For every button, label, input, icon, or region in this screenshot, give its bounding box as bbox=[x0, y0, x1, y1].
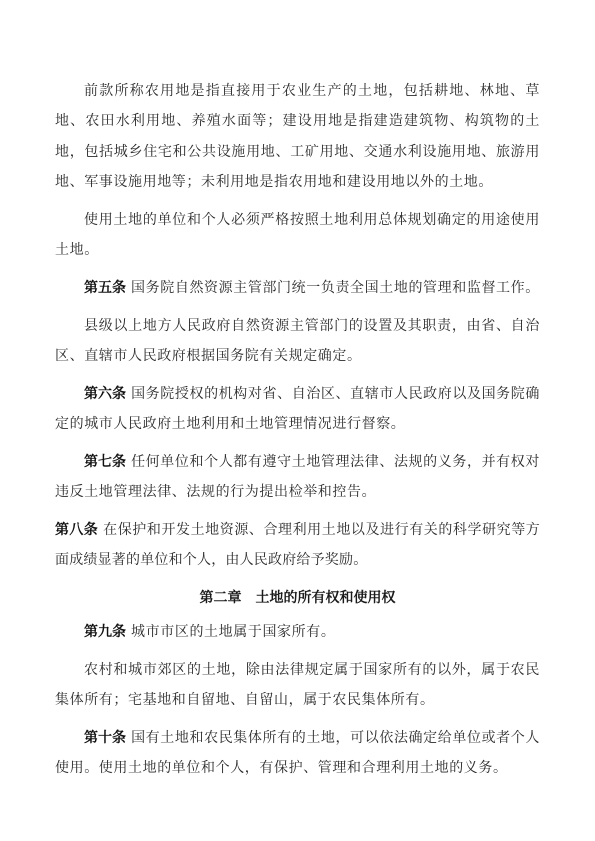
paragraph-text: 农村和城市郊区的土地，除由法律规定属于国家所有的以外，属于农民集体所有；宅基地和… bbox=[55, 662, 540, 708]
article-number: 第七条 bbox=[84, 454, 126, 470]
paragraph-text: 使用土地的单位和个人必须严格按照土地利用总体规划确定的用途使用土地。 bbox=[55, 212, 540, 258]
article-number: 第十条 bbox=[84, 730, 126, 746]
article-number: 第六条 bbox=[84, 386, 126, 402]
document-page: 前款所称农用地是指直接用于农业生产的土地，包括耕地、林地、草地、农田水利用地、养… bbox=[55, 76, 540, 791]
article-7: 第七条 任何单位和个人都有遵守土地管理法律、法规的义务，并有权对违反土地管理法律… bbox=[55, 447, 540, 508]
article-number: 第八条 bbox=[55, 522, 98, 538]
paragraph: 农村和城市郊区的土地，除由法律规定属于国家所有的以外，属于农民集体所有；宅基地和… bbox=[55, 655, 540, 716]
paragraph-text: 前款所称农用地是指直接用于农业生产的土地，包括耕地、林地、草地、农田水利用地、养… bbox=[55, 83, 540, 190]
paragraph: 使用土地的单位和个人必须严格按照土地利用总体规划确定的用途使用土地。 bbox=[55, 205, 540, 266]
paragraph-text: 国有土地和农民集体所有的土地，可以依法确定给单位或者个人使用。使用土地的单位和个… bbox=[55, 730, 540, 776]
chapter-title: 第二章 土地的所有权和使用权 bbox=[55, 583, 540, 613]
article-5: 第五条 国务院自然资源主管部门统一负责全国土地的管理和监督工作。 bbox=[55, 273, 540, 303]
paragraph-text: 县级以上地方人民政府自然资源主管部门的设置及其职责，由省、自治区、直辖市人民政府… bbox=[55, 318, 540, 364]
paragraph-text: 国务院授权的机构对省、自治区、直辖市人民政府以及国务院确定的城市人民政府土地利用… bbox=[55, 386, 540, 432]
article-10: 第十条 国有土地和农民集体所有的土地，可以依法确定给单位或者个人使用。使用土地的… bbox=[55, 723, 540, 784]
article-number: 第五条 bbox=[84, 280, 126, 296]
paragraph-text: 城市市区的土地属于国家所有。 bbox=[126, 624, 335, 640]
paragraph: 县级以上地方人民政府自然资源主管部门的设置及其职责，由省、自治区、直辖市人民政府… bbox=[55, 311, 540, 372]
article-6: 第六条 国务院授权的机构对省、自治区、直辖市人民政府以及国务院确定的城市人民政府… bbox=[55, 379, 540, 440]
paragraph-text: 任何单位和个人都有遵守土地管理法律、法规的义务，并有权对违反土地管理法律、法规的… bbox=[55, 454, 540, 500]
paragraph: 前款所称农用地是指直接用于农业生产的土地，包括耕地、林地、草地、农田水利用地、养… bbox=[55, 76, 540, 197]
article-9: 第九条 城市市区的土地属于国家所有。 bbox=[55, 617, 540, 647]
article-number: 第九条 bbox=[84, 624, 126, 640]
paragraph-text: 国务院自然资源主管部门统一负责全国土地的管理和监督工作。 bbox=[126, 280, 540, 296]
article-8: 第八条 在保护和开发土地资源、合理利用土地以及进行有关的科学研究等方面成绩显著的… bbox=[55, 515, 540, 576]
paragraph-text: 在保护和开发土地资源、合理利用土地以及进行有关的科学研究等方面成绩显著的单位和个… bbox=[55, 522, 540, 568]
